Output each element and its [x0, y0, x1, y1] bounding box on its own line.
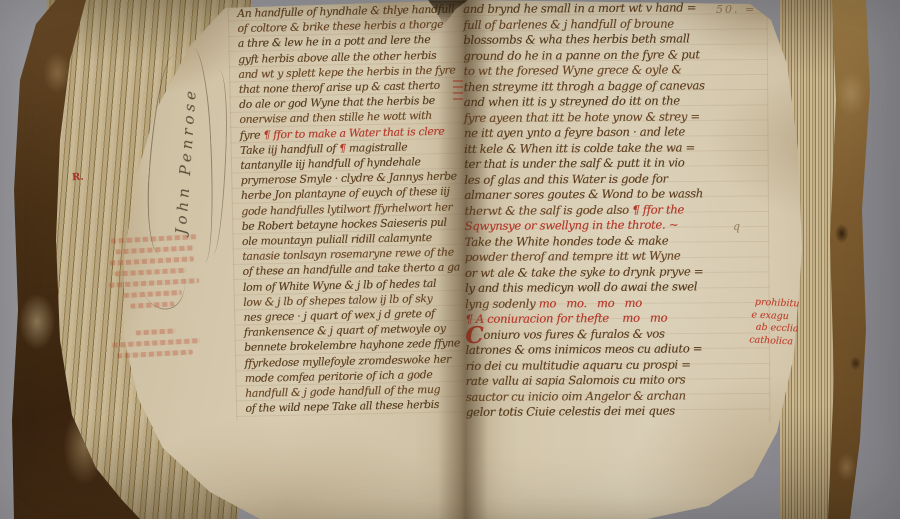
ink-text: les of glas and this Water is gode for — [464, 171, 668, 186]
ink-text: lyng sodenly — [465, 296, 539, 311]
margin-note-prohibition: prohibitu e exagu ab ecclia catholica — [749, 296, 823, 349]
ink-text: latrones & oms inimicos meos cu adiuto = — [465, 341, 702, 357]
ink-text: Take the White hondes tode & make — [465, 233, 669, 248]
ink-text: sauctor cu inicio oim Angelor & archan — [466, 388, 686, 404]
faded-red-marginal-note — [101, 233, 225, 365]
ink-text: rate vallu ai sapia Salomois cu mito ors — [466, 372, 686, 388]
scribble-line — [114, 268, 186, 277]
right-text-block: and brynd he small in a mort wt v hand =… — [463, 0, 768, 424]
ink-text: fyre — [240, 128, 264, 141]
ink-text: to wt the foresed Wyne grece & oyle & — [463, 62, 681, 78]
ink-text: full of barlenes & j handfull of broune — [463, 16, 674, 31]
ink-text: rio dei cu multitudie aquaru cu prospi = — [465, 357, 690, 373]
ink-text: of the wild nepe Take all these herbis — [245, 398, 439, 415]
ink-text: then streyme itt throgh a bagge of canev… — [464, 78, 705, 94]
rubric-text: ¶ A coniuracion for thefte mo mo — [465, 311, 667, 326]
manuscript-line: gelor totis Ciuie celestis dei mei ques — [466, 403, 768, 421]
ink-text: or wt ale & take the syke to drynk pryve… — [465, 264, 703, 280]
ink-text: and when itt is y streyned do itt on the — [464, 93, 680, 109]
gutter-red-mark — [453, 80, 463, 100]
ink-text: almaner sores goutes & Wond to be wassh — [464, 186, 703, 202]
folio-number: 50. = — [716, 3, 756, 16]
ink-text: ground do he in a panne on the fyre & pu… — [463, 47, 699, 63]
ink-text: oniuro vos fures & furalos & vos — [483, 326, 664, 341]
rubric-text: ¶ ffor to make a Water that is clere — [263, 124, 444, 141]
ink-text: ter that is under the salf & putt it in … — [464, 155, 684, 171]
ink-text: Take iij handfull of — [240, 142, 339, 157]
ink-text: powder therof and tempre itt wt Wyne — [465, 248, 681, 264]
scribble-line — [130, 301, 174, 308]
ink-text: gelor totis Ciuie celestis dei mei ques — [466, 404, 675, 419]
manuscript-photo: R. An handfulle of hyndhale & thlye hand… — [0, 0, 900, 519]
left-text-block: An handfulle of hyndhale & thlye handful… — [237, 1, 476, 420]
ink-text: fyre ayeen that itt be hote ynow & strey… — [464, 109, 700, 125]
ink-text: blossombs & wha thes herbis beth small — [463, 31, 689, 47]
ink-text: ly and this medicyn woll do awai the swe… — [465, 279, 697, 295]
scribble-line — [109, 278, 199, 288]
edge-mark-r: R. — [72, 172, 84, 184]
ink-text: therwt & the salf is gode also — [464, 202, 632, 217]
scribble-line — [115, 245, 193, 254]
scribble-line — [110, 256, 194, 265]
lombard-initial: C — [465, 334, 483, 335]
scribble-line — [136, 328, 176, 335]
scribble-line — [117, 350, 193, 359]
margin-mark: q — [733, 220, 740, 233]
rubric-text: ¶ ffor the — [632, 202, 684, 216]
rubric-text: Sqwynsye or swellyng in the throte. ~ — [465, 218, 679, 233]
ink-text: and brynd he small in a mort wt v hand = — [463, 0, 696, 16]
ink-text: itt kele & When itt is colde take the wa… — [464, 140, 695, 156]
ink-text: magistralle — [345, 140, 407, 154]
rubric-text: mo mo. mo mo — [539, 295, 642, 310]
scribble-line — [124, 290, 182, 298]
ink-text: ne itt ayen ynto a feyre bason · and let… — [464, 124, 685, 140]
scribble-line — [112, 338, 200, 348]
